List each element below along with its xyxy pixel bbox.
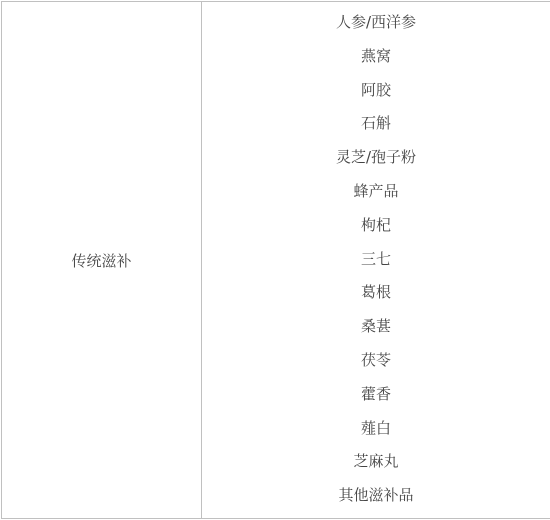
items-cell: 人参/西洋参 燕窝 阿胶 石斛 灵芝/孢子粉 蜂产品 枸杞 三七 葛根 桑葚 茯… bbox=[202, 2, 550, 519]
list-item: 葛根 bbox=[361, 280, 391, 314]
list-item: 阿胶 bbox=[361, 78, 391, 112]
category-cell: 传统滋补 bbox=[2, 2, 202, 519]
category-table-container: 传统滋补 人参/西洋参 燕窝 阿胶 石斛 灵芝/孢子粉 蜂产品 枸杞 三七 葛根… bbox=[0, 0, 550, 520]
list-item: 藿香 bbox=[361, 382, 391, 416]
list-item: 薤白 bbox=[361, 416, 391, 450]
list-item: 蜂产品 bbox=[353, 179, 398, 213]
item-list: 人参/西洋参 燕窝 阿胶 石斛 灵芝/孢子粉 蜂产品 枸杞 三七 葛根 桑葚 茯… bbox=[202, 3, 550, 517]
list-item: 其他滋补品 bbox=[338, 483, 413, 517]
list-item: 桑葚 bbox=[361, 314, 391, 348]
list-item: 枸杞 bbox=[361, 213, 391, 247]
list-item: 茯苓 bbox=[361, 348, 391, 382]
list-item: 石斛 bbox=[361, 111, 391, 145]
list-item: 三七 bbox=[361, 247, 391, 281]
table-row: 传统滋补 人参/西洋参 燕窝 阿胶 石斛 灵芝/孢子粉 蜂产品 枸杞 三七 葛根… bbox=[2, 2, 550, 519]
list-item: 燕窝 bbox=[361, 44, 391, 78]
list-item: 人参/西洋参 bbox=[336, 10, 416, 44]
list-item: 芝麻丸 bbox=[353, 449, 398, 483]
category-table: 传统滋补 人参/西洋参 燕窝 阿胶 石斛 灵芝/孢子粉 蜂产品 枸杞 三七 葛根… bbox=[1, 1, 550, 519]
list-item: 灵芝/孢子粉 bbox=[336, 145, 416, 179]
